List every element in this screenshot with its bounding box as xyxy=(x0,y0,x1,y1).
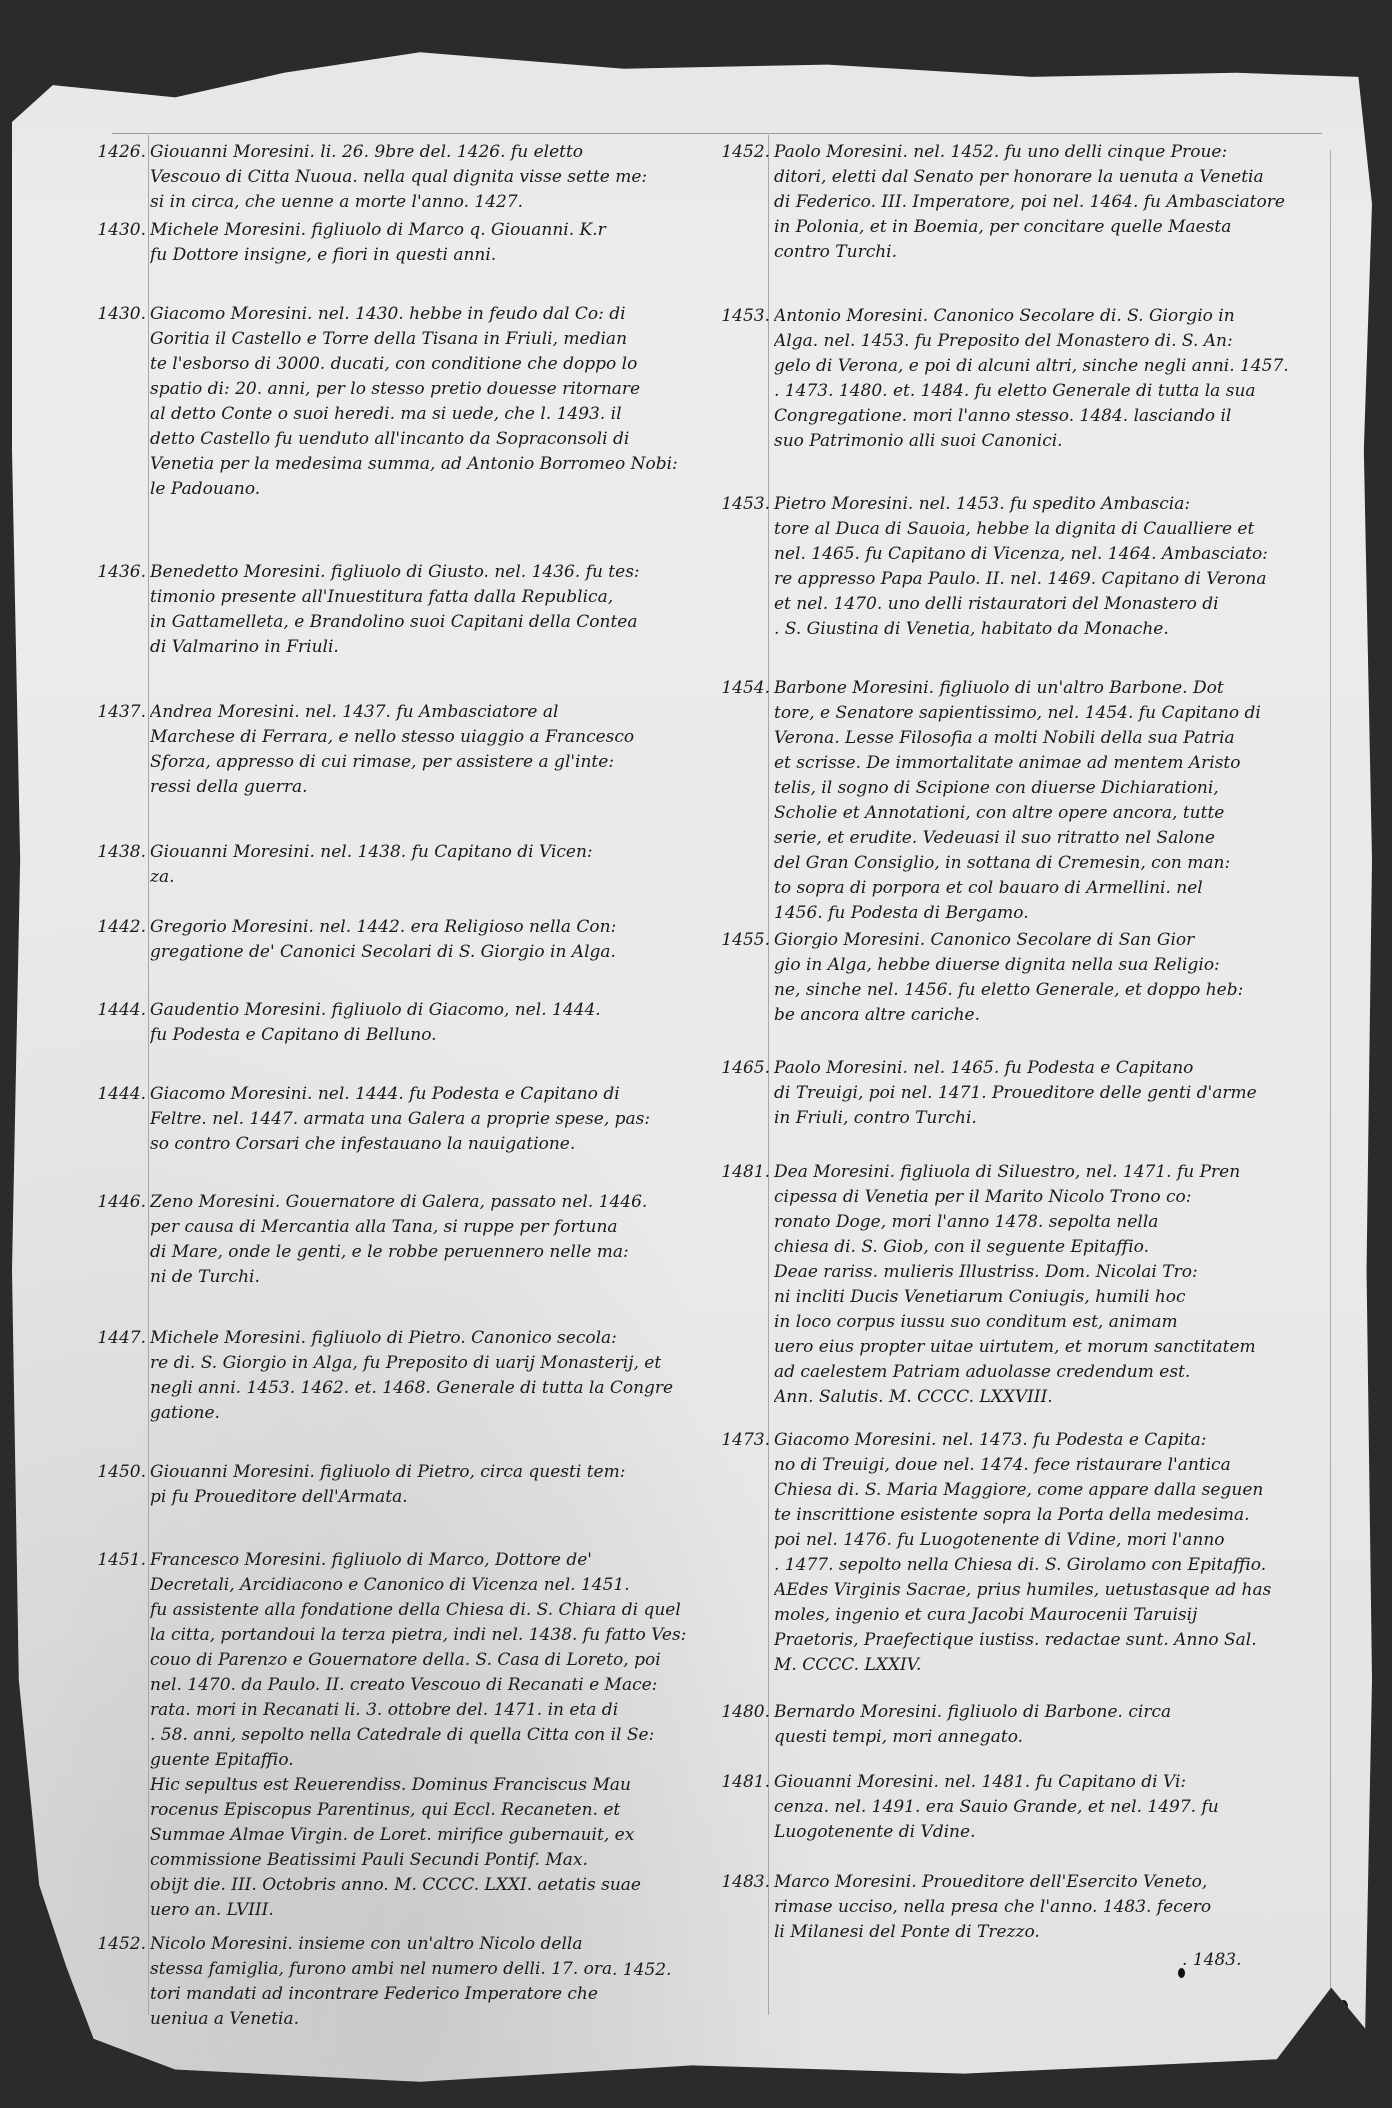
text-line: tori mandati ad incontrare Federico Impe… xyxy=(150,1982,698,2007)
text-line: moles, ingenio et cura Jacobi Maurocenii… xyxy=(774,1603,1308,1628)
text-line: Giacomo Moresini. nel. 1430. hebbe in fe… xyxy=(150,302,698,327)
text-line: del Gran Consiglio, in sottana di Cremes… xyxy=(774,851,1308,876)
entry-text: Giacomo Moresini. nel. 1430. hebbe in fe… xyxy=(150,302,698,502)
text-line: ronato Doge, mori l'anno 1478. sepolta n… xyxy=(774,1210,1308,1235)
text-line: uero eius propter uitae uirtutem, et mor… xyxy=(774,1335,1308,1360)
entry-year: 1426. xyxy=(58,140,146,165)
text-line: questi tempi, mori annegato. xyxy=(774,1725,1308,1750)
text-line: nel. 1465. fu Capitano di Vicenza, nel. … xyxy=(774,542,1308,567)
entry-year: 1452. xyxy=(58,1932,146,1957)
text-line: rocenus Episcopus Parentinus, qui Eccl. … xyxy=(150,1798,698,1823)
entry-text: Antonio Moresini. Canonico Secolare di. … xyxy=(774,304,1308,454)
text-line: negli anni. 1453. 1462. et. 1468. Genera… xyxy=(150,1376,698,1401)
entry-text: Dea Moresini. figliuola di Siluestro, ne… xyxy=(774,1160,1308,1410)
text-line: Giacomo Moresini. nel. 1444. fu Podesta … xyxy=(150,1082,698,1107)
text-line: Deae rariss. mulieris Illustriss. Dom. N… xyxy=(774,1260,1308,1285)
entry-year: 1446. xyxy=(58,1190,146,1215)
text-line: di Federico. III. Imperatore, poi nel. 1… xyxy=(774,190,1308,215)
text-line: cenza. nel. 1491. era Sauio Grande, et n… xyxy=(774,1795,1308,1820)
record-entry: 1436.Benedetto Moresini. figliuolo di Gi… xyxy=(58,560,698,660)
text-line: Decretali, Arcidiacono e Canonico di Vic… xyxy=(150,1573,698,1598)
record-entry: 1430.Giacomo Moresini. nel. 1430. hebbe … xyxy=(58,302,698,502)
entry-text: Nicolo Moresini. insieme con un'altro Ni… xyxy=(150,1932,698,2032)
entry-text: Benedetto Moresini. figliuolo di Giusto.… xyxy=(150,560,698,660)
entry-text: Giorgio Moresini. Canonico Secolare di S… xyxy=(774,928,1308,1028)
text-line: timonio presente all'Inuestitura fatta d… xyxy=(150,585,698,610)
entry-year: 1483. xyxy=(688,1870,770,1895)
text-line: in Friuli, contro Turchi. xyxy=(774,1106,1308,1131)
record-entry: 1447.Michele Moresini. figliuolo di Piet… xyxy=(58,1326,698,1426)
text-line: in Polonia, et in Boemia, per concitare … xyxy=(774,215,1308,240)
entry-text: Marco Moresini. Proueditore dell'Esercit… xyxy=(774,1870,1308,1945)
text-line: re di. S. Giorgio in Alga, fu Preposito … xyxy=(150,1351,698,1376)
entry-year: 1438. xyxy=(58,840,146,865)
text-line: et nel. 1470. uno delli ristauratori del… xyxy=(774,592,1308,617)
text-line: Vescouo di Citta Nuoua. nella qual digni… xyxy=(150,165,698,190)
entry-year: 1455. xyxy=(688,928,770,953)
text-line: Giouanni Moresini. nel. 1438. fu Capitan… xyxy=(150,840,698,865)
text-line: cipessa di Venetia per il Marito Nicolo … xyxy=(774,1185,1308,1210)
record-entry: 1444.Giacomo Moresini. nel. 1444. fu Pod… xyxy=(58,1082,698,1157)
text-line: Giouanni Moresini. figliuolo di Pietro, … xyxy=(150,1460,698,1485)
record-entry: 1480.Bernardo Moresini. figliuolo di Bar… xyxy=(688,1700,1308,1750)
record-entry: 1451.Francesco Moresini. figliuolo di Ma… xyxy=(58,1548,698,1923)
text-line: fu assistente alla fondatione della Chie… xyxy=(150,1598,698,1623)
entry-year: 1465. xyxy=(688,1056,770,1081)
text-line: al detto Conte o suoi heredi. ma si uede… xyxy=(150,402,698,427)
text-line: suo Patrimonio alli suoi Canonici. xyxy=(774,429,1308,454)
entry-text: Gregorio Moresini. nel. 1442. era Religi… xyxy=(150,915,698,965)
text-line: Marco Moresini. Proueditore dell'Esercit… xyxy=(774,1870,1308,1895)
text-line: Giacomo Moresini. nel. 1473. fu Podesta … xyxy=(774,1428,1308,1453)
text-line: to sopra di porpora et col bauaro di Arm… xyxy=(774,876,1308,901)
entry-text: Paolo Moresini. nel. 1452. fu uno delli … xyxy=(774,140,1308,265)
entry-year: 1451. xyxy=(58,1548,146,1573)
entry-text: Giacomo Moresini. nel. 1444. fu Podesta … xyxy=(150,1082,698,1157)
ink-blot xyxy=(1339,2000,1348,2014)
text-line: Paolo Moresini. nel. 1465. fu Podesta e … xyxy=(774,1056,1308,1081)
text-line: gatione. xyxy=(150,1401,698,1426)
record-entry: 1450.Giouanni Moresini. figliuolo di Pie… xyxy=(58,1460,698,1510)
entry-year: 1454. xyxy=(688,676,770,701)
text-line: li Milanesi del Ponte di Trezzo. xyxy=(774,1920,1308,1945)
text-line: Summae Almae Virgin. de Loret. mirifice … xyxy=(150,1823,698,1848)
text-line: tore al Duca di Sauoia, hebbe la dignita… xyxy=(774,517,1308,542)
record-entry: 1430.Michele Moresini. figliuolo di Marc… xyxy=(58,218,698,268)
text-line: Sforza, appresso di cui rimase, per assi… xyxy=(150,750,698,775)
text-line: couo di Parenzo e Gouernatore della. S. … xyxy=(150,1648,698,1673)
text-line: nel. 1470. da Paulo. II. creato Vescouo … xyxy=(150,1673,698,1698)
text-line: . 1473. 1480. et. 1484. fu eletto Genera… xyxy=(774,379,1308,404)
text-line: Goritia il Castello e Torre della Tisana… xyxy=(150,327,698,352)
text-line: contro Turchi. xyxy=(774,240,1308,265)
record-entry: 1453.Pietro Moresini. nel. 1453. fu sped… xyxy=(688,492,1308,642)
text-line: so contro Corsari che infestauano la nau… xyxy=(150,1132,698,1157)
entry-year: 1481. xyxy=(688,1160,770,1185)
ink-blot xyxy=(1178,1968,1185,1978)
entry-year: 1436. xyxy=(58,560,146,585)
entry-text: Giouanni Moresini. figliuolo di Pietro, … xyxy=(150,1460,698,1510)
text-line: chiesa di. S. Giob, con il seguente Epit… xyxy=(774,1235,1308,1260)
entry-text: Pietro Moresini. nel. 1453. fu spedito A… xyxy=(774,492,1308,642)
text-line: Alga. nel. 1453. fu Preposito del Monast… xyxy=(774,329,1308,354)
record-entry: 1455.Giorgio Moresini. Canonico Secolare… xyxy=(688,928,1308,1028)
text-line: di Treuigi, poi nel. 1471. Proueditore d… xyxy=(774,1081,1308,1106)
record-entry: 1452.Nicolo Moresini. insieme con un'alt… xyxy=(58,1932,698,2032)
text-line: spatio di: 20. anni, per lo stesso preti… xyxy=(150,377,698,402)
text-line: Luogotenente di Vdine. xyxy=(774,1820,1308,1845)
entry-text: Gaudentio Moresini. figliuolo di Giacomo… xyxy=(150,998,698,1048)
entry-year: 1473. xyxy=(688,1428,770,1453)
text-line: Michele Moresini. figliuolo di Marco q. … xyxy=(150,218,698,243)
entry-text: Zeno Moresini. Gouernatore di Galera, pa… xyxy=(150,1190,698,1290)
text-line: Giorgio Moresini. Canonico Secolare di S… xyxy=(774,928,1308,953)
text-line: rimase ucciso, nella presa che l'anno. 1… xyxy=(774,1895,1308,1920)
text-line: Bernardo Moresini. figliuolo di Barbone.… xyxy=(774,1700,1308,1725)
text-line: per causa di Mercantia alla Tana, si rup… xyxy=(150,1215,698,1240)
entry-year: 1450. xyxy=(58,1460,146,1485)
text-line: guente Epitaffio. xyxy=(150,1748,698,1773)
outer-margin-line xyxy=(1330,150,1331,1990)
record-entry: 1437.Andrea Moresini. nel. 1437. fu Amba… xyxy=(58,700,698,800)
entry-year: 1480. xyxy=(688,1700,770,1725)
record-entry: 1473.Giacomo Moresini. nel. 1473. fu Pod… xyxy=(688,1428,1308,1678)
text-line: gelo di Verona, e poi di alcuni altri, s… xyxy=(774,354,1308,379)
entry-text: Andrea Moresini. nel. 1437. fu Ambasciat… xyxy=(150,700,698,800)
text-line: in Gattamelleta, e Brandolino suoi Capit… xyxy=(150,610,698,635)
text-line: et scrisse. De immortalitate animae ad m… xyxy=(774,751,1308,776)
text-line: Congregatione. mori l'anno stesso. 1484.… xyxy=(774,404,1308,429)
text-line: uero an. LVIII. xyxy=(150,1898,698,1923)
entry-year: 1437. xyxy=(58,700,146,725)
text-line: la citta, portandoui la terza pietra, in… xyxy=(150,1623,698,1648)
text-line: AEdes Virginis Sacrae, prius humiles, ue… xyxy=(774,1578,1308,1603)
text-line: detto Castello fu uenduto all'incanto da… xyxy=(150,427,698,452)
entry-year: 1481. xyxy=(688,1770,770,1795)
record-entry: 1446.Zeno Moresini. Gouernatore di Galer… xyxy=(58,1190,698,1290)
text-line: . S. Giustina di Venetia, habitato da Mo… xyxy=(774,617,1308,642)
text-line: Barbone Moresini. figliuolo di un'altro … xyxy=(774,676,1308,701)
text-line: Praetoris, Praefectique iustiss. redacta… xyxy=(774,1628,1308,1653)
text-line: ditori, eletti dal Senato per honorare l… xyxy=(774,165,1308,190)
text-line: Michele Moresini. figliuolo di Pietro. C… xyxy=(150,1326,698,1351)
text-line: Giouanni Moresini. li. 26. 9bre del. 142… xyxy=(150,140,698,165)
text-line: Benedetto Moresini. figliuolo di Giusto.… xyxy=(150,560,698,585)
entry-year: 1452. xyxy=(688,140,770,165)
entry-text: Francesco Moresini. figliuolo di Marco, … xyxy=(150,1548,698,1923)
text-line: Giouanni Moresini. nel. 1481. fu Capitan… xyxy=(774,1770,1308,1795)
text-line: in loco corpus iussu suo conditum est, a… xyxy=(774,1310,1308,1335)
text-line: Nicolo Moresini. insieme con un'altro Ni… xyxy=(150,1932,698,1957)
record-entry: 1481.Giouanni Moresini. nel. 1481. fu Ca… xyxy=(688,1770,1308,1845)
record-entry: 1444.Gaudentio Moresini. figliuolo di Gi… xyxy=(58,998,698,1048)
entry-text: Giouanni Moresini. nel. 1438. fu Capitan… xyxy=(150,840,698,890)
text-line: ueniua a Venetia. xyxy=(150,2007,698,2032)
record-entry: 1426.Giouanni Moresini. li. 26. 9bre del… xyxy=(58,140,698,215)
text-line: Francesco Moresini. figliuolo di Marco, … xyxy=(150,1548,698,1573)
text-line: fu Dottore insigne, e fiori in questi an… xyxy=(150,243,698,268)
text-line: Gregorio Moresini. nel. 1442. era Religi… xyxy=(150,915,698,940)
text-line: ne, sinche nel. 1456. fu eletto Generale… xyxy=(774,978,1308,1003)
text-line: Venetia per la medesima summa, ad Antoni… xyxy=(150,452,698,477)
text-line: tore, e Senatore sapientissimo, nel. 145… xyxy=(774,701,1308,726)
entry-year: 1453. xyxy=(688,304,770,329)
text-line: gregatione de' Canonici Secolari di S. G… xyxy=(150,940,698,965)
record-entry: 1438.Giouanni Moresini. nel. 1438. fu Ca… xyxy=(58,840,698,890)
text-line: commissione Beatissimi Pauli Secundi Pon… xyxy=(150,1848,698,1873)
text-line: Verona. Lesse Filosofia a molti Nobili d… xyxy=(774,726,1308,751)
entry-text: Giouanni Moresini. li. 26. 9bre del. 142… xyxy=(150,140,698,215)
entry-text: Giouanni Moresini. nel. 1481. fu Capitan… xyxy=(774,1770,1308,1845)
text-line: poi nel. 1476. fu Luogotenente di Vdine,… xyxy=(774,1528,1308,1553)
text-line: si in circa, che uenne a morte l'anno. 1… xyxy=(150,190,698,215)
record-entry: 1453.Antonio Moresini. Canonico Secolare… xyxy=(688,304,1308,454)
text-line: Hic sepultus est Reuerendiss. Dominus Fr… xyxy=(150,1773,698,1798)
top-ruled-line xyxy=(112,133,1322,134)
text-line: . 58. anni, sepolto nella Catedrale di q… xyxy=(150,1723,698,1748)
text-line: serie, et erudite. Vedeuasi il suo ritra… xyxy=(774,826,1308,851)
text-line: ni de Turchi. xyxy=(150,1265,698,1290)
text-line: Gaudentio Moresini. figliuolo di Giacomo… xyxy=(150,998,698,1023)
text-line: pi fu Proueditore dell'Armata. xyxy=(150,1485,698,1510)
text-line: fu Podesta e Capitano di Belluno. xyxy=(150,1023,698,1048)
entry-year: 1447. xyxy=(58,1326,146,1351)
manuscript-page: 1426.Giouanni Moresini. li. 26. 9bre del… xyxy=(12,40,1372,2090)
text-line: za. xyxy=(150,865,698,890)
record-entry: 1454.Barbone Moresini. figliuolo di un'a… xyxy=(688,676,1308,926)
catchword-left: . 1452. xyxy=(612,1960,671,1980)
text-line: Chiesa di. S. Maria Maggiore, come appar… xyxy=(774,1478,1308,1503)
text-line: re appresso Papa Paulo. II. nel. 1469. C… xyxy=(774,567,1308,592)
entry-year: 1430. xyxy=(58,302,146,327)
text-line: M. CCCC. LXXIV. xyxy=(774,1653,1308,1678)
entry-year: 1430. xyxy=(58,218,146,243)
text-line: Zeno Moresini. Gouernatore di Galera, pa… xyxy=(150,1190,698,1215)
text-line: telis, il sogno di Scipione con diuerse … xyxy=(774,776,1308,801)
entry-text: Michele Moresini. figliuolo di Pietro. C… xyxy=(150,1326,698,1426)
text-line: le Padouano. xyxy=(150,477,698,502)
text-line: Paolo Moresini. nel. 1452. fu uno delli … xyxy=(774,140,1308,165)
text-line: ad caelestem Patriam aduolasse credendum… xyxy=(774,1360,1308,1385)
entry-text: Paolo Moresini. nel. 1465. fu Podesta e … xyxy=(774,1056,1308,1131)
entry-year: 1453. xyxy=(688,492,770,517)
text-line: gio in Alga, hebbe diuerse dignita nella… xyxy=(774,953,1308,978)
entry-text: Giacomo Moresini. nel. 1473. fu Podesta … xyxy=(774,1428,1308,1678)
text-line: rata. mori in Recanati li. 3. ottobre de… xyxy=(150,1698,698,1723)
text-line: Scholie et Annotationi, con altre opere … xyxy=(774,801,1308,826)
text-line: Antonio Moresini. Canonico Secolare di. … xyxy=(774,304,1308,329)
text-line: . 1477. sepolto nella Chiesa di. S. Giro… xyxy=(774,1553,1308,1578)
entry-text: Michele Moresini. figliuolo di Marco q. … xyxy=(150,218,698,268)
text-line: Dea Moresini. figliuola di Siluestro, ne… xyxy=(774,1160,1308,1185)
entry-text: Bernardo Moresini. figliuolo di Barbone.… xyxy=(774,1700,1308,1750)
text-line: ni incliti Ducis Venetiarum Coniugis, hu… xyxy=(774,1285,1308,1310)
text-line: Andrea Moresini. nel. 1437. fu Ambasciat… xyxy=(150,700,698,725)
record-entry: 1442.Gregorio Moresini. nel. 1442. era R… xyxy=(58,915,698,965)
text-line: ressi della guerra. xyxy=(150,775,698,800)
text-line: Feltre. nel. 1447. armata una Galera a p… xyxy=(150,1107,698,1132)
entry-text: Barbone Moresini. figliuolo di un'altro … xyxy=(774,676,1308,926)
text-line: be ancora altre cariche. xyxy=(774,1003,1308,1028)
record-entry: 1483.Marco Moresini. Proueditore dell'Es… xyxy=(688,1870,1308,1945)
text-line: Marchese di Ferrara, e nello stesso uiag… xyxy=(150,725,698,750)
record-entry: 1452.Paolo Moresini. nel. 1452. fu uno d… xyxy=(688,140,1308,265)
record-entry: 1465.Paolo Moresini. nel. 1465. fu Podes… xyxy=(688,1056,1308,1131)
text-line: Pietro Moresini. nel. 1453. fu spedito A… xyxy=(774,492,1308,517)
text-line: Ann. Salutis. M. CCCC. LXXVIII. xyxy=(774,1385,1308,1410)
entry-year: 1442. xyxy=(58,915,146,940)
entry-year: 1444. xyxy=(58,998,146,1023)
text-line: di Mare, onde le genti, e le robbe perue… xyxy=(150,1240,698,1265)
text-line: te l'esborso di 3000. ducati, con condit… xyxy=(150,352,698,377)
text-line: di Valmarino in Friuli. xyxy=(150,635,698,660)
record-entry: 1481.Dea Moresini. figliuola di Siluestr… xyxy=(688,1160,1308,1410)
catchword-right: . 1483. xyxy=(1182,1950,1241,1970)
text-line: te inscrittione esistente sopra la Porta… xyxy=(774,1503,1308,1528)
text-line: obijt die. III. Octobris anno. M. CCCC. … xyxy=(150,1873,698,1898)
entry-year: 1444. xyxy=(58,1082,146,1107)
text-line: no di Treuigi, doue nel. 1474. fece rist… xyxy=(774,1453,1308,1478)
text-line: 1456. fu Podesta di Bergamo. xyxy=(774,901,1308,926)
